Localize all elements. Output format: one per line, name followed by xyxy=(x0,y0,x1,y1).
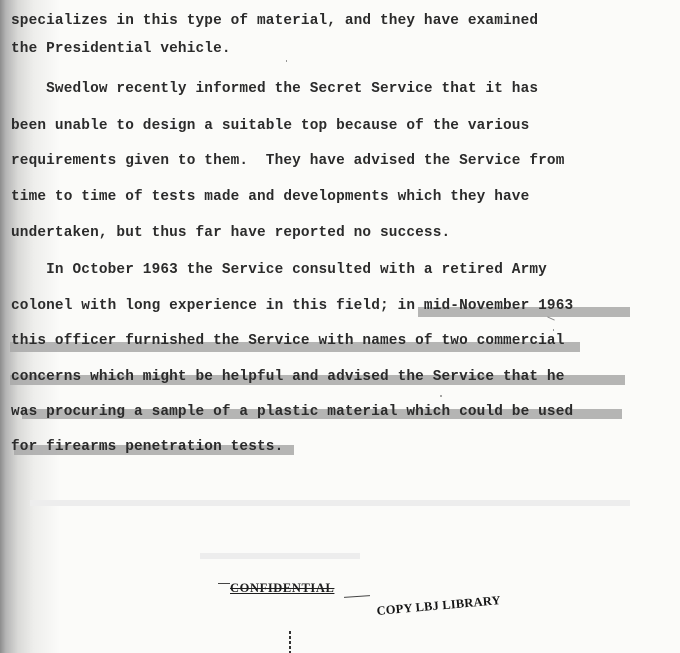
text-line: specializes in this type of material, an… xyxy=(11,12,538,30)
text-line: Swedlow recently informed the Secret Ser… xyxy=(11,80,538,98)
page-margin-mark xyxy=(289,631,291,653)
underline-mark xyxy=(344,595,370,598)
text-line: this officer furnished the Service with … xyxy=(11,332,565,350)
text-line: In October 1963 the Service consulted wi… xyxy=(11,261,547,279)
text-line: colonel with long experience in this fie… xyxy=(11,297,573,315)
bleed-through-text xyxy=(200,553,360,559)
text-line: for firearms penetration tests. xyxy=(11,438,283,456)
bleed-through-text xyxy=(30,500,630,506)
ink-mark xyxy=(440,395,442,397)
classification-marking: CONFIDENTIAL xyxy=(230,581,334,596)
text-line: requirements given to them. They have ad… xyxy=(11,152,565,170)
underline-mark xyxy=(218,583,230,584)
text-line: was procuring a sample of a plastic mate… xyxy=(11,403,573,421)
ink-mark xyxy=(553,329,554,331)
ink-mark xyxy=(286,60,287,62)
archive-stamp: COPY LBJ LIBRARY xyxy=(376,593,501,619)
text-line: been unable to design a suitable top bec… xyxy=(11,117,529,135)
text-line: undertaken, but thus far have reported n… xyxy=(11,224,450,242)
text-line: the Presidential vehicle. xyxy=(11,40,231,58)
text-line: concerns which might be helpful and advi… xyxy=(11,368,565,386)
text-line: time to time of tests made and developme… xyxy=(11,188,529,206)
